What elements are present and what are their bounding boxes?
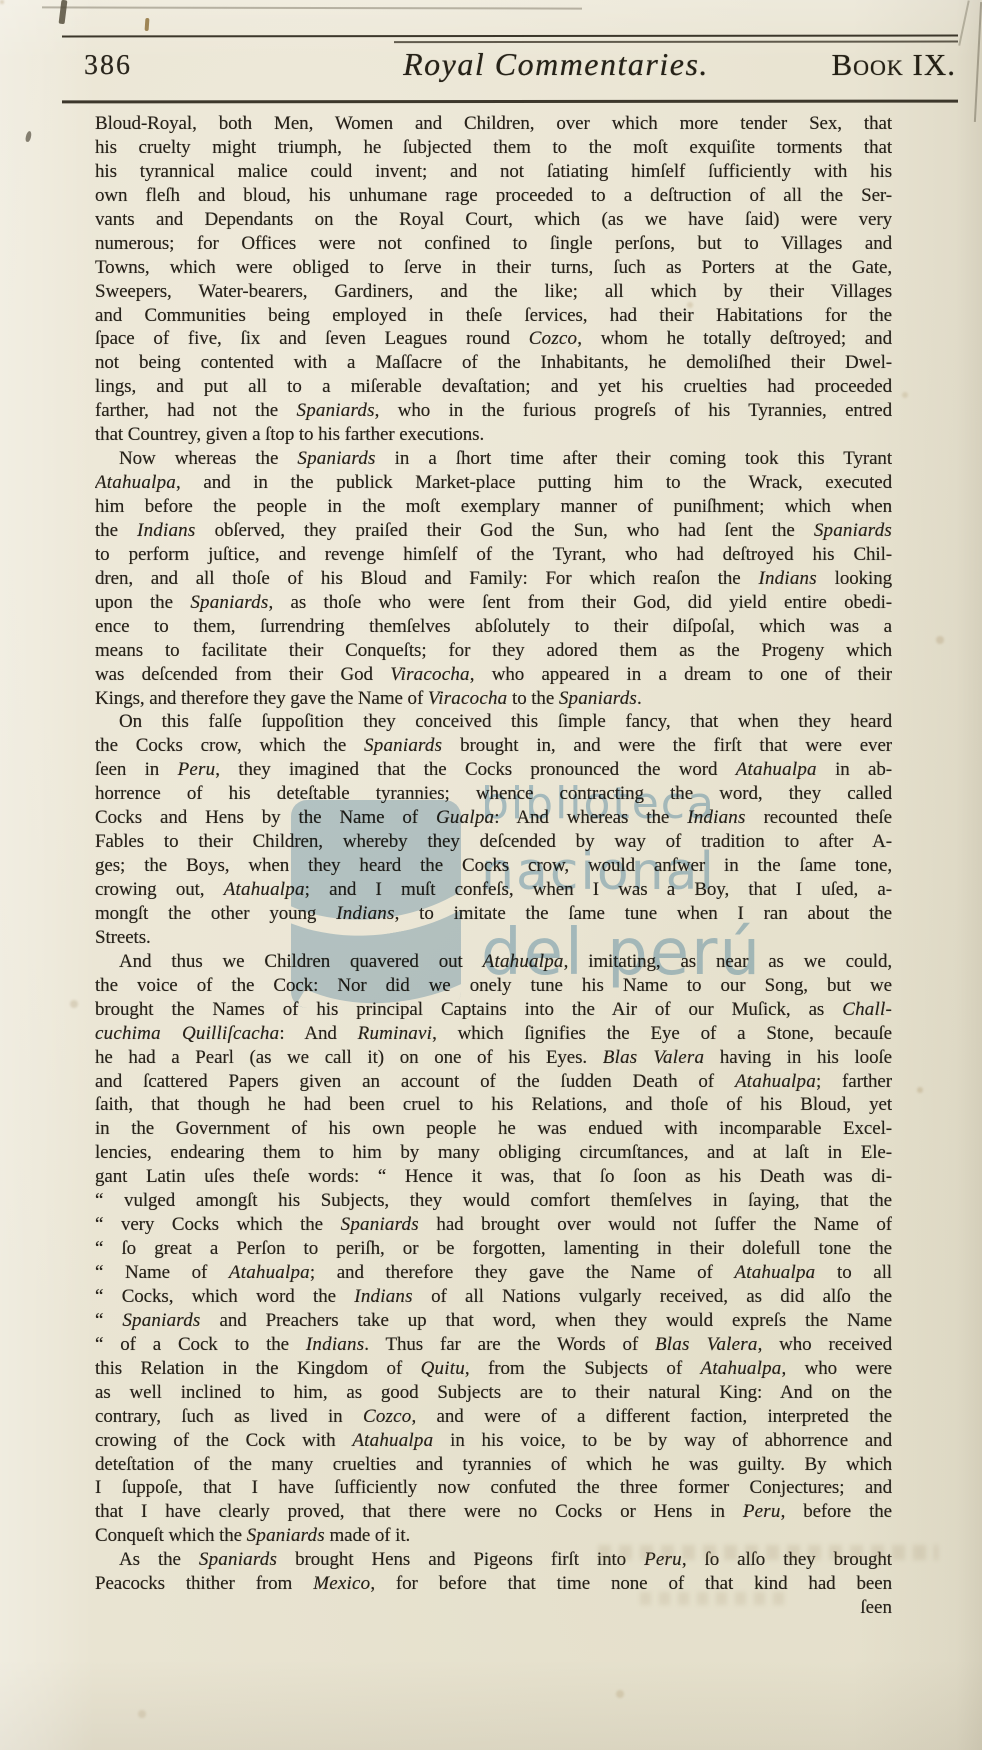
text-line: vants and Dependants on the Royal Court,… <box>95 208 892 232</box>
text-line: as well inclined to him, as good Subject… <box>95 1381 892 1405</box>
running-title: Royal Commentaries. <box>403 46 709 83</box>
text-line: horrence of his deteſtable tyrannies; wh… <box>95 782 892 806</box>
text-line: lings, and put all to a miſerable devaſt… <box>95 375 892 399</box>
text-line: Bloud-Royal, both Men, Women and Childre… <box>95 112 892 136</box>
text-line: And thus we Children quavered out Atahua… <box>95 950 892 974</box>
ink-speck <box>145 18 150 31</box>
text-line: his cruelty might triumph, he ſubjected … <box>95 136 892 160</box>
text-line: crowing out, Atahualpa; and I muſt confe… <box>95 878 892 902</box>
text-line: in the Government of his own people he w… <box>95 1117 892 1141</box>
paragraph: Now whereas the Spaniards in a ſhort tim… <box>95 447 892 710</box>
text-line: and ſcattered Papers given an account of… <box>95 1070 892 1094</box>
ink-bleedthrough <box>640 1592 790 1605</box>
text-line: dren, and all thoſe of his Bloud and Fam… <box>95 567 892 591</box>
text-line: that I have clearly proved, that there w… <box>95 1500 892 1524</box>
text-line: he had a Pearl (as we call it) on one of… <box>95 1046 892 1070</box>
scan-top-edge <box>42 6 582 9</box>
paragraph: And thus we Children quavered out Atahua… <box>95 950 892 1548</box>
text-line: Sweepers, Water-bearers, Gardiners, and … <box>95 280 892 304</box>
text-line: the voice of the Cock: Nor did we onely … <box>95 974 892 998</box>
text-line: lencies, endearing them to him by many o… <box>95 1141 892 1165</box>
text-line: “ Spaniards and Preachers take up that w… <box>95 1309 892 1333</box>
text-line: the Cocks crow, which the Spaniards brou… <box>95 734 892 758</box>
text-line: contrary, ſuch as lived in Cozco, and we… <box>95 1405 892 1429</box>
text-line: and Communities being employed in theſe … <box>95 304 892 328</box>
text-line: Cocks and Hens by the Name of Gualpa: An… <box>95 806 892 830</box>
text-line: “ ſo great a Perſon to periſh, or be for… <box>95 1237 892 1261</box>
text-line: brought the Names of his principal Capta… <box>95 998 892 1022</box>
text-line: Now whereas the Spaniards in a ſhort tim… <box>95 447 892 471</box>
text-line: “ Cocks, which word the Indians of all N… <box>95 1285 892 1309</box>
text-line: On this falſe ſuppoſition they conceived… <box>95 710 892 734</box>
text-line: Streets. <box>95 926 892 950</box>
text-line: I ſuppoſe, that I have ſufficiently now … <box>95 1476 892 1500</box>
text-line: him before the people in the moſt exempl… <box>95 495 892 519</box>
page-number: 386 <box>84 50 132 82</box>
text-line: crowing of the Cock with Atahualpa in hi… <box>95 1429 892 1453</box>
text-line: ſaith, that though he had been cruel to … <box>95 1093 892 1117</box>
stray-mark <box>25 131 33 143</box>
foxing-spots <box>0 0 4 4</box>
text-line: mongſt the other young Indians, to imita… <box>95 902 892 926</box>
paragraph: Bloud-Royal, both Men, Women and Childre… <box>95 112 892 447</box>
text-line: not being contented with a Maſſacre of t… <box>95 351 892 375</box>
text-line: “ Name of Atahualpa; and therefore they … <box>95 1261 892 1285</box>
page-edge-line <box>973 2 981 122</box>
text-line: was deſcended from their God Viracocha, … <box>95 663 892 687</box>
text-line: Fables to their Children, whereby they d… <box>95 830 892 854</box>
ink-bleedthrough <box>598 1545 938 1560</box>
text-line: ges; the Boys, when they heard the Cocks… <box>95 854 892 878</box>
text-line: deteſtation of the many cruelties and ty… <box>95 1453 892 1477</box>
text-line: numerous; for Offices were not confined … <box>95 232 892 256</box>
text-line: own fleſh and bloud, his unhumane rage p… <box>95 184 892 208</box>
text-line: ſpace of five, ſix and ſeven Leagues rou… <box>95 327 892 351</box>
page-text: Bloud-Royal, both Men, Women and Childre… <box>95 112 892 1596</box>
text-line: ence to them, ſurrendring themſelves abſ… <box>95 615 892 639</box>
text-line: “ very Cocks which the Spaniards had bro… <box>95 1213 892 1237</box>
text-line: upon the Spaniards, as thoſe who were ſe… <box>95 591 892 615</box>
text-line: Kings, and therefore they gave the Name … <box>95 687 892 711</box>
text-line: means to facilitate their Conqueſts; for… <box>95 639 892 663</box>
text-line: that Countrey, given a ſtop to his farth… <box>95 423 892 447</box>
text-line: his tyrannical malice could invent; and … <box>95 160 892 184</box>
book-label: Book IX. <box>831 47 956 83</box>
text-line: farther, had not the Spaniards, who in t… <box>95 399 892 423</box>
book-page: 386 Royal Commentaries. Book IX. Bloud-R… <box>0 0 982 1750</box>
text-line: this Relation in the Kingdom of Quitu, f… <box>95 1357 892 1381</box>
text-line: Towns, which were obliged to ſerve in th… <box>95 256 892 280</box>
page-edge-line <box>958 0 969 45</box>
text-line: cuchima Quilliſcacha: And Ruminavi, whic… <box>95 1022 892 1046</box>
text-line: to perform juſtice, and revenge himſelf … <box>95 543 892 567</box>
text-line: ſeen in Peru, they imagined that the Coc… <box>95 758 892 782</box>
ink-mark <box>59 0 68 24</box>
paragraph: On this falſe ſuppoſition they conceived… <box>95 710 892 949</box>
text-line: “ of a Cock to the Indians. Thus far are… <box>95 1333 892 1357</box>
text-line: gant Latin uſes theſe words: “ Hence it … <box>95 1165 892 1189</box>
header-rule-bottom <box>62 100 958 103</box>
text-line: “ vulged amongſt his Subjects, they woul… <box>95 1189 892 1213</box>
header-rule-top <box>62 35 958 38</box>
text-line: the Indians obſerved, they praiſed their… <box>95 519 892 543</box>
text-line: Atahualpa, and in the publick Market-pla… <box>95 471 892 495</box>
